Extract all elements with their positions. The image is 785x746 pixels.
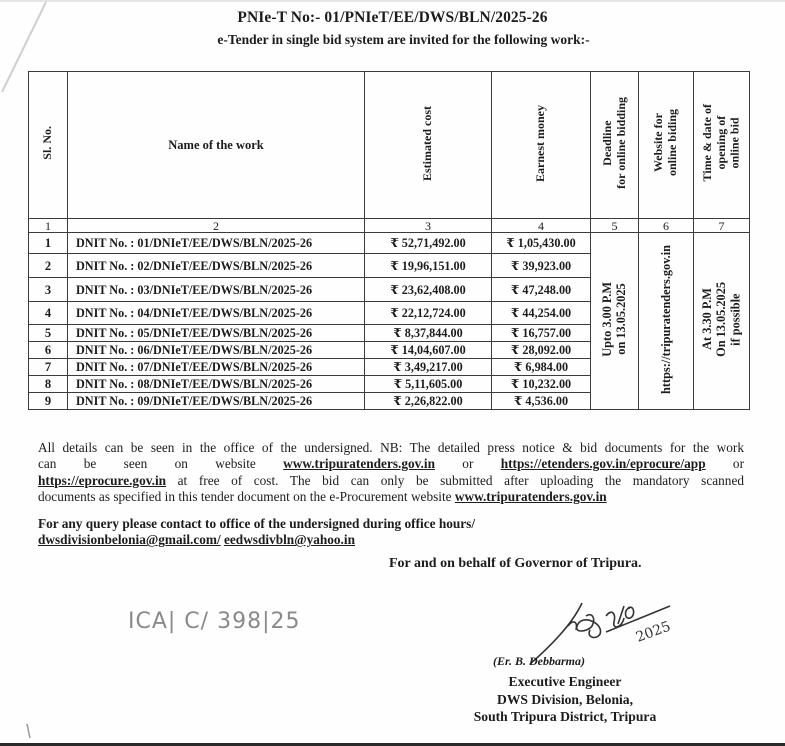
cell-work-name: DNIT No. : 02/DNIeT/EE/DWS/BLN/2025-26 (68, 254, 365, 278)
notice-paragraph: All details can be seen in the office of… (38, 440, 744, 506)
cell-deadline: Upto 3.00 P.M on 13.05.2025 (591, 233, 639, 410)
handwritten-reference: ICA| C/ 398|25 (128, 609, 300, 634)
link-tripuratenders-2[interactable]: www.tripuratenders.gov.in (455, 489, 607, 504)
link-eprocure[interactable]: https://eprocure.gov.in (38, 473, 166, 488)
email-gmail[interactable]: dwsdivisionbelonia@gmail.com/ (38, 532, 221, 547)
cell-work-name: DNIT No. : 08/DNIeT/EE/DWS/BLN/2025-26 (68, 376, 365, 393)
cell-earnest-money: ₹ 6,984.00 (492, 359, 591, 376)
pnit-number: PNIe-T No:- 01/PNIeT/EE/DWS/BLN/2025-26 (0, 9, 785, 27)
cell-sl-no: 7 (29, 359, 68, 376)
cell-estimated-cost: ₹ 14,04,607.00 (365, 342, 492, 359)
col-index: 7 (694, 219, 750, 233)
col-header-sl: Sl. No. (29, 72, 68, 219)
cell-estimated-cost: ₹ 5,11,605.00 (365, 376, 492, 393)
contact-block: For any query please contact to office o… (38, 516, 744, 549)
col-index: 6 (639, 219, 694, 233)
signatory-name: (Er. B. Debbarma) (493, 654, 585, 669)
cell-work-name: DNIT No. : 06/DNIeT/EE/DWS/BLN/2025-26 (68, 342, 365, 359)
col-header-estimated-cost: Estimated cost (365, 72, 492, 219)
cell-sl-no: 1 (29, 233, 68, 254)
svg-text:2025: 2025 (634, 619, 673, 646)
tender-table: Sl. No. Name of the work Estimated cost … (28, 71, 750, 410)
cell-earnest-money: ₹ 44,254.00 (492, 302, 591, 325)
cell-earnest-money: ₹ 4,536.00 (492, 393, 591, 410)
link-etenders[interactable]: https://etenders.gov.in/eprocure/app (501, 456, 706, 471)
notice-line: can be seen on website www.tripuratender… (38, 456, 744, 472)
contact-line: For any query please contact to office o… (38, 516, 744, 532)
cell-estimated-cost: ₹ 22,12,724.00 (365, 302, 492, 325)
designation-block: Executive Engineer DWS Division, Belonia… (430, 673, 700, 726)
col-index: 1 (29, 219, 68, 233)
col-header-opening: Time & date of opening of online bid (694, 72, 750, 219)
col-header-earnest-money: Earnest money (492, 72, 591, 219)
notice-line: All details can be seen in the office of… (38, 440, 744, 456)
table-header-row: Sl. No. Name of the work Estimated cost … (29, 72, 750, 219)
cell-earnest-money: ₹ 16,757.00 (492, 325, 591, 342)
notice-line: https://eprocure.gov.in at free of cost.… (38, 473, 744, 489)
cell-work-name: DNIT No. : 01/DNIeT/EE/DWS/BLN/2025-26 (68, 233, 365, 254)
cell-estimated-cost: ₹ 2,26,822.00 (365, 393, 492, 410)
cell-sl-no: 5 (29, 325, 68, 342)
email-yahoo[interactable]: eedwsdivbln@yahoo.in (224, 532, 355, 547)
cell-estimated-cost: ₹ 8,37,844.00 (365, 325, 492, 342)
cell-work-name: DNIT No. : 05/DNIeT/EE/DWS/BLN/2025-26 (68, 325, 365, 342)
cell-estimated-cost: ₹ 3,49,217.00 (365, 359, 492, 376)
designation-title: Executive Engineer (430, 673, 700, 691)
cell-sl-no: 2 (29, 254, 68, 278)
cell-sl-no: 3 (29, 278, 68, 302)
cell-website[interactable]: https://tripuratenders.gov.in (639, 233, 694, 410)
col-header-deadline: Deadline for online bidding (591, 72, 639, 219)
designation-district: South Tripura District, Tripura (430, 708, 700, 726)
cell-estimated-cost: ₹ 52,71,492.00 (365, 233, 492, 254)
cell-work-name: DNIT No. : 07/DNIeT/EE/DWS/BLN/2025-26 (68, 359, 365, 376)
col-index: 4 (492, 219, 591, 233)
on-behalf-line: For and on behalf of Governor of Tripura… (389, 556, 642, 572)
cell-earnest-money: ₹ 28,092.00 (492, 342, 591, 359)
table-row: 1DNIT No. : 01/DNIeT/EE/DWS/BLN/2025-26₹… (29, 233, 750, 254)
col-header-name: Name of the work (68, 72, 365, 219)
cell-sl-no: 8 (29, 376, 68, 393)
cell-estimated-cost: ₹ 19,96,151.00 (365, 254, 492, 278)
cell-work-name: DNIT No. : 09/DNIeT/EE/DWS/BLN/2025-26 (68, 393, 365, 410)
designation-division: DWS Division, Belonia, (430, 691, 700, 709)
cell-sl-no: 6 (29, 342, 68, 359)
cell-earnest-money: ₹ 1,05,430.00 (492, 233, 591, 254)
col-header-website: Website for online biding (639, 72, 694, 219)
cell-earnest-money: ₹ 47,248.00 (492, 278, 591, 302)
tender-subtitle: e-Tender in single bid system are invite… (0, 32, 785, 48)
cell-earnest-money: ₹ 39,923.00 (492, 254, 591, 278)
column-index-row: 1 2 3 4 5 6 7 (29, 219, 750, 233)
col-index: 2 (68, 219, 365, 233)
link-tripuratenders[interactable]: www.tripuratenders.gov.in (283, 456, 435, 471)
cell-work-name: DNIT No. : 03/DNIeT/EE/DWS/BLN/2025-26 (68, 278, 365, 302)
page-top-edge (0, 0, 785, 2)
cell-estimated-cost: ₹ 23,62,408.00 (365, 278, 492, 302)
col-index: 5 (591, 219, 639, 233)
cell-sl-no: 9 (29, 393, 68, 410)
col-index: 3 (365, 219, 492, 233)
cell-work-name: DNIT No. : 04/DNIeT/EE/DWS/BLN/2025-26 (68, 302, 365, 325)
notice-line: documents as specified in this tender do… (38, 489, 744, 505)
scan-speck (24, 722, 34, 742)
cell-opening-time: At 3.30 P.M On 13.05.2025 if possible (694, 233, 750, 410)
cell-sl-no: 4 (29, 302, 68, 325)
cell-earnest-money: ₹ 10,232.00 (492, 376, 591, 393)
